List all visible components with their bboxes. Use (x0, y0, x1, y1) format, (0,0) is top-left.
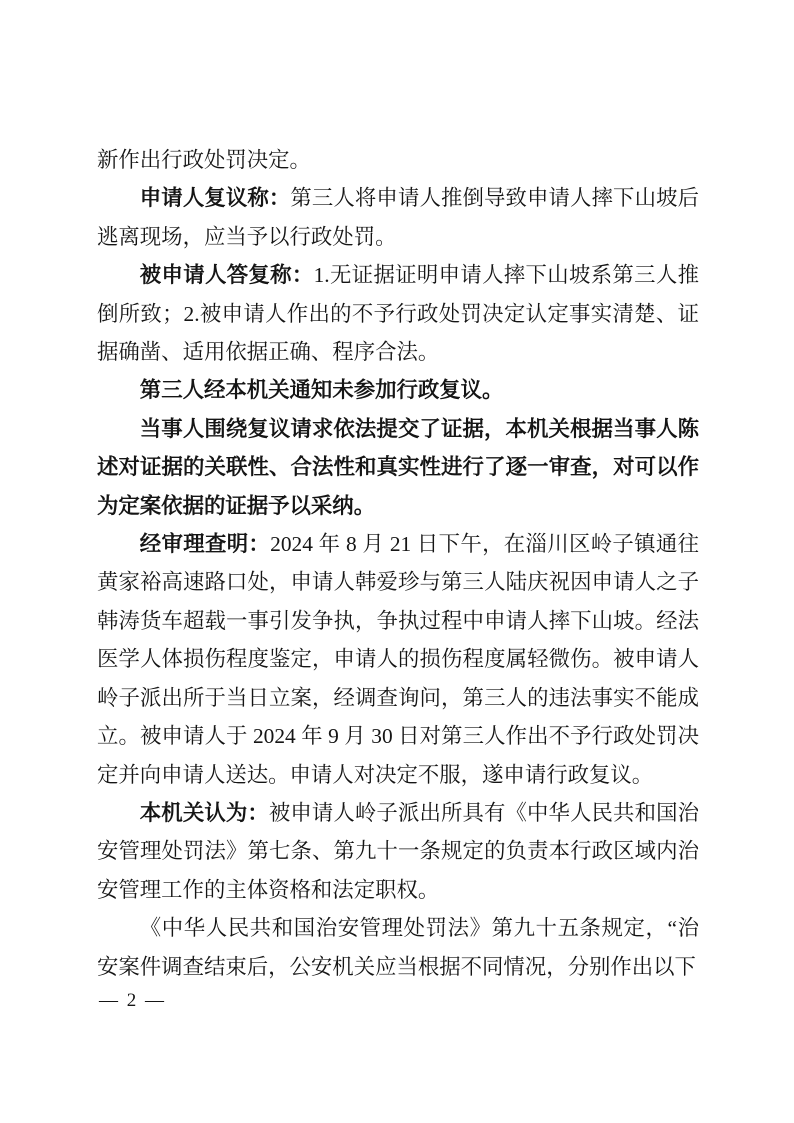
paragraph-applicant-claim: 申请人复议称：第三人将申请人推倒导致申请人摔下山坡后逃离现场，应当予以行政处罚。 (97, 179, 699, 256)
paragraph-lead: 经审理查明： (140, 532, 270, 556)
paragraph-text: 当事人围绕复议请求依法提交了证据，本机关根据当事人陈述对证据的关联性、合法性和真… (97, 417, 699, 518)
paragraph-lead: 本机关认为： (140, 801, 269, 825)
paragraph-lead: 申请人复议称： (140, 186, 291, 210)
paragraph-text: 《中华人民共和国治安管理处罚法》第九十五条规定，“治安案件调查结束后，公安机关应… (97, 916, 699, 978)
paragraph-continuation: 新作出行政处罚决定。 (97, 141, 699, 179)
document-page: 新作出行政处罚决定。 申请人复议称：第三人将申请人推倒导致申请人摔下山坡后逃离现… (0, 0, 794, 1123)
paragraph-authority-opinion: 本机关认为：被申请人岭子派出所具有《中华人民共和国治安管理处罚法》第七条、第九十… (97, 794, 699, 909)
paragraph-third-party-notice: 第三人经本机关通知未参加行政复议。 (97, 371, 699, 409)
paragraph-text: 2024 年 8 月 21 日下午，在淄川区岭子镇通往黄家裕高速路口处，申请人韩… (97, 532, 699, 786)
paragraph-law-citation: 《中华人民共和国治安管理处罚法》第九十五条规定，“治安案件调查结束后，公安机关应… (97, 909, 699, 986)
paragraph-respondent-reply: 被申请人答复称：1.无证据证明申请人摔下山坡系第三人推倒所致；2.被申请人作出的… (97, 256, 699, 371)
document-body: 新作出行政处罚决定。 申请人复议称：第三人将申请人推倒导致申请人摔下山坡后逃离现… (97, 141, 699, 986)
page-number: — 2 — (99, 986, 166, 1016)
paragraph-evidence-review: 当事人围绕复议请求依法提交了证据，本机关根据当事人陈述对证据的关联性、合法性和真… (97, 410, 699, 525)
paragraph-text: 第三人经本机关通知未参加行政复议。 (140, 378, 504, 402)
paragraph-lead: 被申请人答复称： (140, 263, 314, 287)
paragraph-facts-found: 经审理查明：2024 年 8 月 21 日下午，在淄川区岭子镇通往黄家裕高速路口… (97, 525, 699, 794)
paragraph-text: 新作出行政处罚决定。 (97, 148, 311, 172)
